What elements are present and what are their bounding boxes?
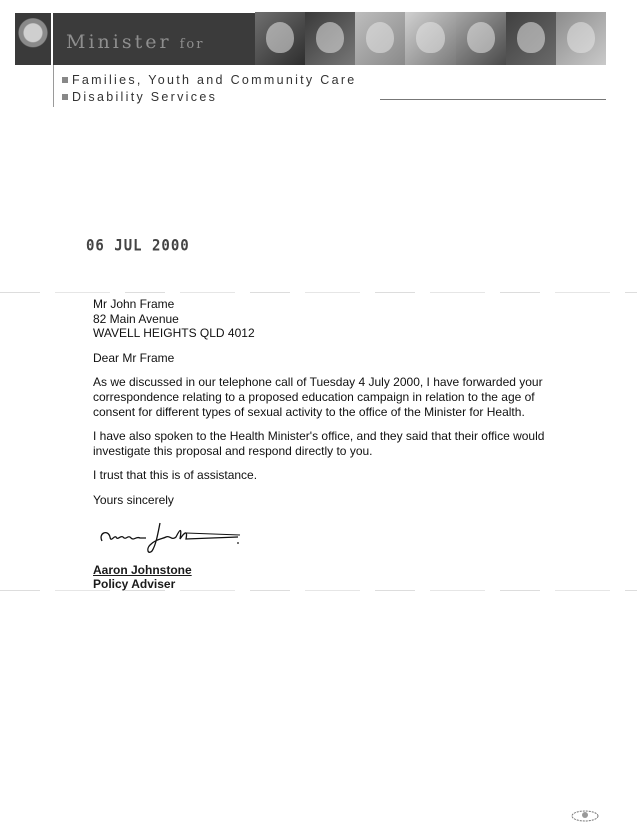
letterhead-rule [380, 99, 606, 100]
body-paragraph: As we discussed in our telephone call of… [93, 375, 563, 419]
portrait-photo [556, 12, 606, 65]
recipient-address: Mr John Frame 82 Main Avenue WAVELL HEIG… [93, 297, 563, 341]
portrait-photo [456, 12, 506, 65]
date-stamp: 06 JUL 2000 [86, 237, 190, 255]
portfolio-label: Disability Services [72, 90, 217, 104]
signatory-name: Aaron Johnstone [93, 564, 192, 578]
letterhead-divider [53, 65, 54, 107]
photo-strip [255, 12, 606, 65]
letter-body: Mr John Frame 82 Main Avenue WAVELL HEIG… [93, 297, 563, 518]
portfolio-line: Families, Youth and Community Care [62, 73, 357, 87]
signature-block: Aaron Johnstone Policy Adviser [93, 564, 192, 591]
body-paragraph: I have also spoken to the Health Ministe… [93, 429, 563, 458]
signature-icon [96, 519, 246, 559]
portrait-photo [506, 12, 556, 65]
portfolio-label: Families, Youth and Community Care [72, 73, 357, 87]
recipient-locality: WAVELL HEIGHTS QLD 4012 [93, 326, 563, 341]
crest-icon [565, 808, 605, 822]
body-paragraph: I trust that this is of assistance. [93, 468, 563, 483]
signatory-title: Policy Adviser [93, 577, 175, 591]
square-bullet-icon [62, 94, 68, 100]
recipient-street: 82 Main Avenue [93, 312, 563, 327]
portrait-photo [255, 12, 305, 65]
salutation: Dear Mr Frame [93, 351, 563, 366]
letterhead-title: Ministerfor [66, 31, 204, 53]
recipient-name: Mr John Frame [93, 297, 563, 312]
portfolio-line: Disability Services [62, 90, 217, 104]
portrait-photo [305, 12, 355, 65]
closing: Yours sincerely [93, 493, 563, 508]
portrait-photo-child [15, 13, 51, 65]
portrait-photo [405, 12, 455, 65]
fold-line [0, 292, 637, 293]
title-for: for [180, 37, 205, 52]
portrait-photo [355, 12, 405, 65]
square-bullet-icon [62, 77, 68, 83]
title-minister: Minister [66, 31, 172, 53]
